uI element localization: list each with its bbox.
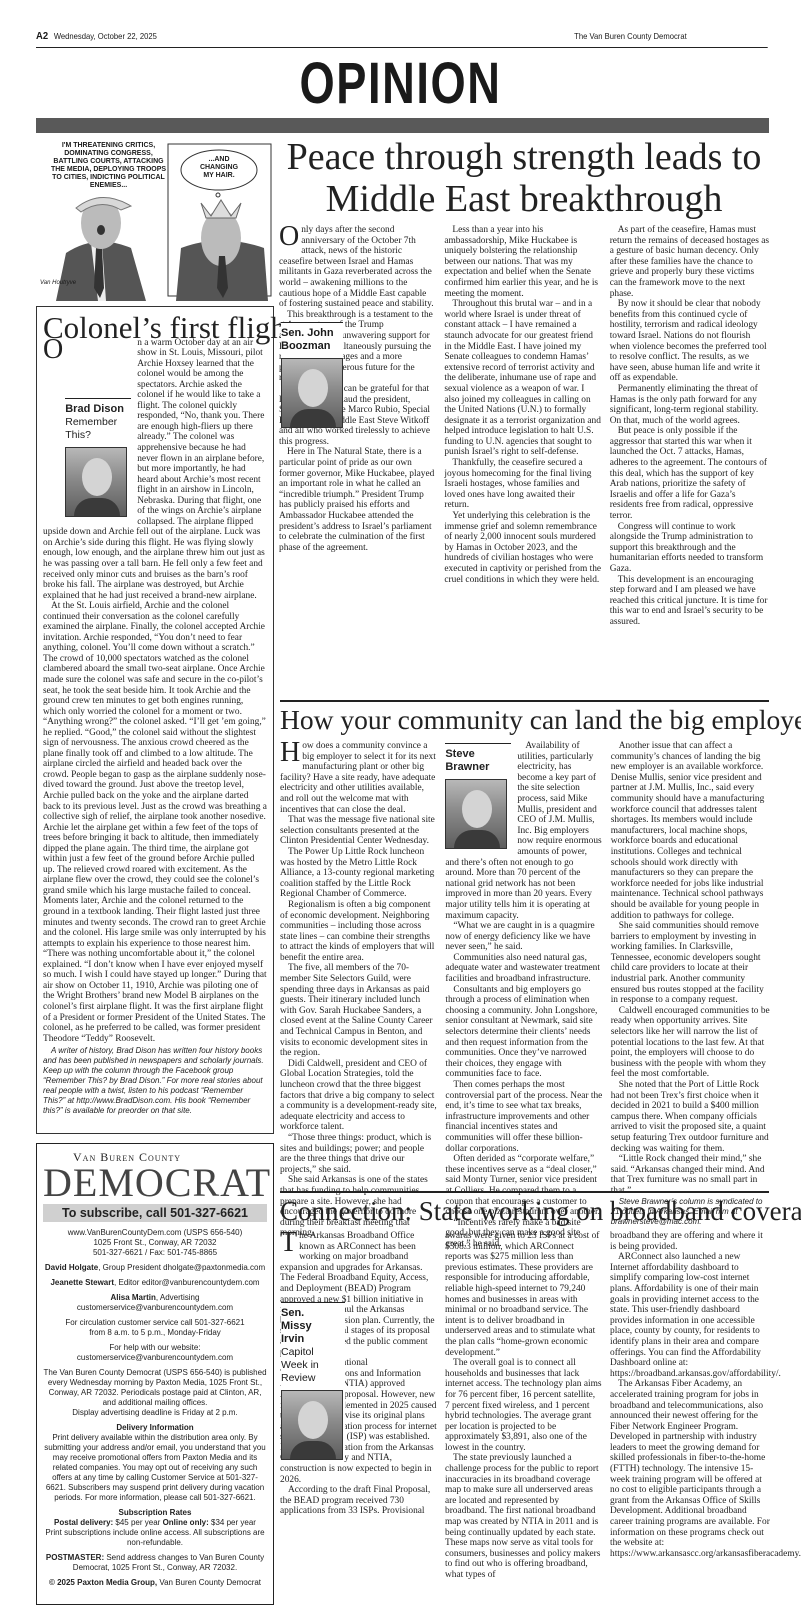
logo-main: DEMOCRAT [43,1165,267,1201]
column-3: As part of the ceasefire, Hamas must ret… [610,225,769,628]
paragraph: At the St. Louis airfield, Archie and th… [43,601,267,1044]
headline-employer: How your community can land the big empl… [280,704,770,736]
byline-name: Sen. Missy Irvin [281,1307,336,1346]
column-2: Steve Brawner Availability of utilities,… [445,741,602,1250]
paragraph: Throughout this brutal war – and in a wo… [444,299,601,458]
delivery-info: Delivery InformationPrint delivery avail… [43,1423,267,1503]
masthead-info-box: Van Buren County DEMOCRAT To subscribe, … [36,1143,274,1605]
headline-peace-line1: Peace through strength leads to [279,136,769,178]
postmaster: POSTMASTER: Send address changes to Van … [43,1553,267,1573]
paragraph: Less than a year into his ambassadorship… [444,225,601,299]
paragraph: Congress will continue to work alongside… [610,522,769,575]
web-help: For help with our website:customerservic… [43,1343,267,1363]
paragraph: Consultants and big employers go through… [445,985,602,1080]
paragraph: nly days after the second anniversary of… [279,225,434,309]
page-number: A2 [36,30,48,42]
circulation-info: For circulation customer service call 50… [43,1318,267,1338]
paragraph: Communities also need natural gas, adequ… [445,953,602,985]
contact-block: www.VanBurenCountyDem.com (USPS 656-540)… [43,1228,267,1258]
paragraph: ARConnect also launched a new Internet a… [610,1252,770,1379]
paragraph: The overall goal is to connect all house… [445,1358,602,1453]
byline-boozman: Sen. John Boozman [281,322,343,428]
paragraph: But peace is only possible if the aggres… [610,426,769,521]
cartoon-signature: Van Houtryve [40,280,76,286]
paragraph: Regionalism is often a big component of … [280,900,437,964]
paragraph: As part of the ceasefire, Hamas must ret… [610,225,769,299]
staff-1: David Holgate, Group President dholgate@… [43,1263,267,1273]
byline-irvin: Sen. Missy Irvin Capitol Week in Review [281,1302,345,1460]
author-photo [281,1390,343,1460]
folio: A2 Wednesday, October 22, 2025 The Van B… [36,24,768,48]
byline-name: Steve Brawner [445,748,490,774]
copyright: © 2025 Paxton Media Group, Van Buren Cou… [43,1578,267,1588]
website: www.VanBurenCountyDem.com (USPS 656-540) [43,1228,267,1238]
paragraph: The Power Up Little Rock luncheon was ho… [280,847,437,900]
address: 1025 Front St., Conway, AR 72032 [43,1238,267,1248]
paragraph: Another issue that can affect a communit… [611,741,770,921]
author-note: A writer of history, Brad Dison has writ… [43,1046,267,1116]
publication-info: The Van Buren County Democrat (USPS 656-… [43,1368,267,1418]
byline: Brad Dison Remember This? [65,398,131,517]
article-employer: How your community can land the big empl… [280,704,770,1154]
paragraph: Permanently eliminating the threat of Ha… [610,384,769,426]
subscription-rates: Subscription RatesPostal delivery: $45 p… [43,1508,267,1548]
paragraph: “Those three things: product, which is s… [280,1133,437,1175]
issue-date: Wednesday, October 22, 2025 [54,31,157,41]
drop-cap: T [280,1233,297,1253]
author-photo [65,447,127,517]
headline-broadband: Connection: State working on broadband c… [280,1195,770,1227]
paragraph: Yet underlying this celebration is the i… [444,511,601,585]
phone: 501-327-6621 / Fax: 501-745-8865 [43,1248,267,1258]
section-title: OPINION [88,52,713,116]
divider [280,1191,769,1193]
section-bar [36,118,769,133]
article-peace: Peace through strength leads to Middle E… [279,136,769,696]
article-broadband: Connection: State working on broadband c… [280,1195,770,1605]
column-name: Capitol Week in Review [281,1346,343,1385]
paragraph: She said communities should remove barri… [611,921,770,1006]
paragraph: The five, all members of the 70-member S… [280,963,437,1058]
paragraph: “What we are caught in is a quagmire now… [445,921,602,953]
author-photo [445,779,507,849]
subscribe-banner: To subscribe, call 501-327-6621 [43,1204,267,1222]
headline-peace-line2: Middle East breakthrough [279,178,769,220]
column-name: Remember This? [65,416,131,442]
byline-name: Sen. John Boozman [281,327,336,353]
paper-name: The Van Buren County Democrat [574,31,687,41]
paragraph: broadband they are offering and where it… [610,1231,770,1252]
staff-2: Jeanette Stewart, Editor editor@vanburen… [43,1278,267,1288]
paragraph: According to the draft Final Proposal, t… [280,1485,437,1517]
drop-cap: O [279,227,299,247]
divider [280,700,769,702]
column-3: Another issue that can affect a communit… [611,741,770,1250]
author-photo [281,358,343,428]
paragraph: By now it should be clear that nobody be… [610,299,769,384]
column-2: Less than a year into his ambassadorship… [444,225,601,628]
paragraph: She noted that the Port of Little Rock h… [611,1080,770,1154]
paragraph: Here in The Natural State, there is a pa… [279,447,436,553]
paragraph: awards were given to 23 ISPs at a cost o… [445,1231,602,1358]
editorial-cartoon: I'M THREATENING CRITICS, DOMINATING CONG… [36,138,274,301]
drop-cap: H [280,743,300,763]
paragraph: The Arkansas Fiber Academy, an accelerat… [610,1379,770,1559]
article-body: On a warm October day at an air show in … [43,338,267,1117]
column-2: awards were given to 23 ISPs at a cost o… [445,1231,602,1581]
paragraph: This development is an encouraging step … [610,575,769,628]
paragraph: ow does a community convince a big emplo… [280,741,436,815]
paragraph: Then comes perhaps the most controversia… [445,1080,602,1154]
column-3: broadband they are offering and where it… [610,1231,770,1581]
cartoon-caption-2: ...AND CHANGING MY HAIR. [196,156,242,180]
cartoon-caption-1: I'M THREATENING CRITICS, DOMINATING CONG… [46,142,171,190]
article-colonel: Colonel’s first flight On a warm October… [36,306,274,1134]
staff-3: Alisa Martin, Advertisingcustomerservice… [43,1293,267,1313]
paragraph: Caldwell encouraged communities to be re… [611,1006,770,1080]
paragraph: That was the message five national site … [280,815,437,847]
folio-left: A2 Wednesday, October 22, 2025 [36,30,157,42]
paragraph: Didi Caldwell, president and CEO of Glob… [280,1059,437,1133]
column-1: How does a community convince a big empl… [280,741,437,1250]
paragraph: Thankfully, the ceasefire secured a joyo… [444,458,601,511]
paragraph: The state previously launched a challeng… [445,1453,602,1580]
byline-brawner: Steve Brawner [445,743,511,849]
byline-name: Brad Dison [65,403,131,416]
